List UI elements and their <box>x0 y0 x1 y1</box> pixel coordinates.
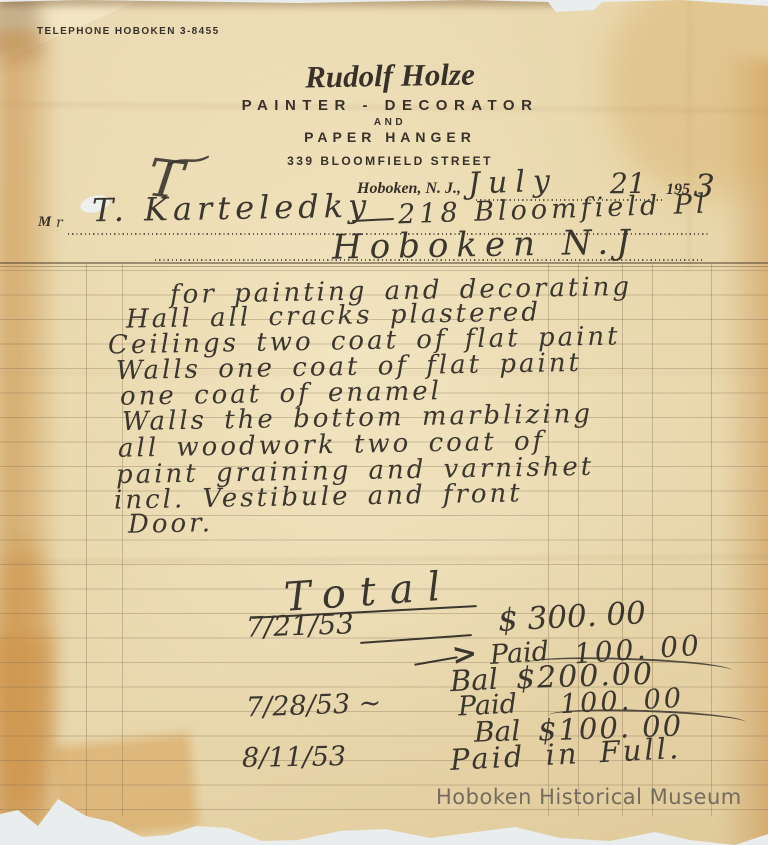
invoice-paper: TELEPHONE HOBOKEN 3-8455 Rudolf Holze PA… <box>0 0 768 845</box>
scanned-invoice-scene: TELEPHONE HOBOKEN 3-8455 Rudolf Holze PA… <box>0 0 768 845</box>
top-edge-shadow <box>0 0 560 6</box>
ledger-date-1: 7/21/53 <box>246 610 355 642</box>
ledger-date-4: 7/28/53 ~ <box>246 690 382 722</box>
body-line: Door. <box>128 510 213 537</box>
handwritten-city: Hoboken N.J <box>332 225 638 264</box>
business-title-line3: PAPER HANGER <box>210 129 570 145</box>
handwritten-prefix-mark: r <box>56 216 63 230</box>
handwritten-addressee-name: T. Karteledky <box>92 190 372 227</box>
business-name: Rudolf Holze <box>240 55 541 96</box>
telephone-number: TELEPHONE HOBOKEN 3-8455 <box>37 26 220 37</box>
ledger-date-6: 8/11/53 <box>242 743 347 772</box>
addressee-prefix: M <box>38 214 51 231</box>
column-line <box>711 264 712 816</box>
ledger-amount-1: $ 300. 00 <box>497 598 646 637</box>
museum-watermark: Hoboken Historical Museum <box>436 785 742 809</box>
column-line <box>86 264 87 816</box>
business-title-line2: AND <box>210 117 570 128</box>
business-title-line1: PAINTER - DECORATOR <box>210 97 570 114</box>
crease-line-vertical <box>688 0 691 268</box>
city-date-label: Hoboken, N. J., <box>357 180 461 198</box>
corner-shadow <box>0 0 40 60</box>
